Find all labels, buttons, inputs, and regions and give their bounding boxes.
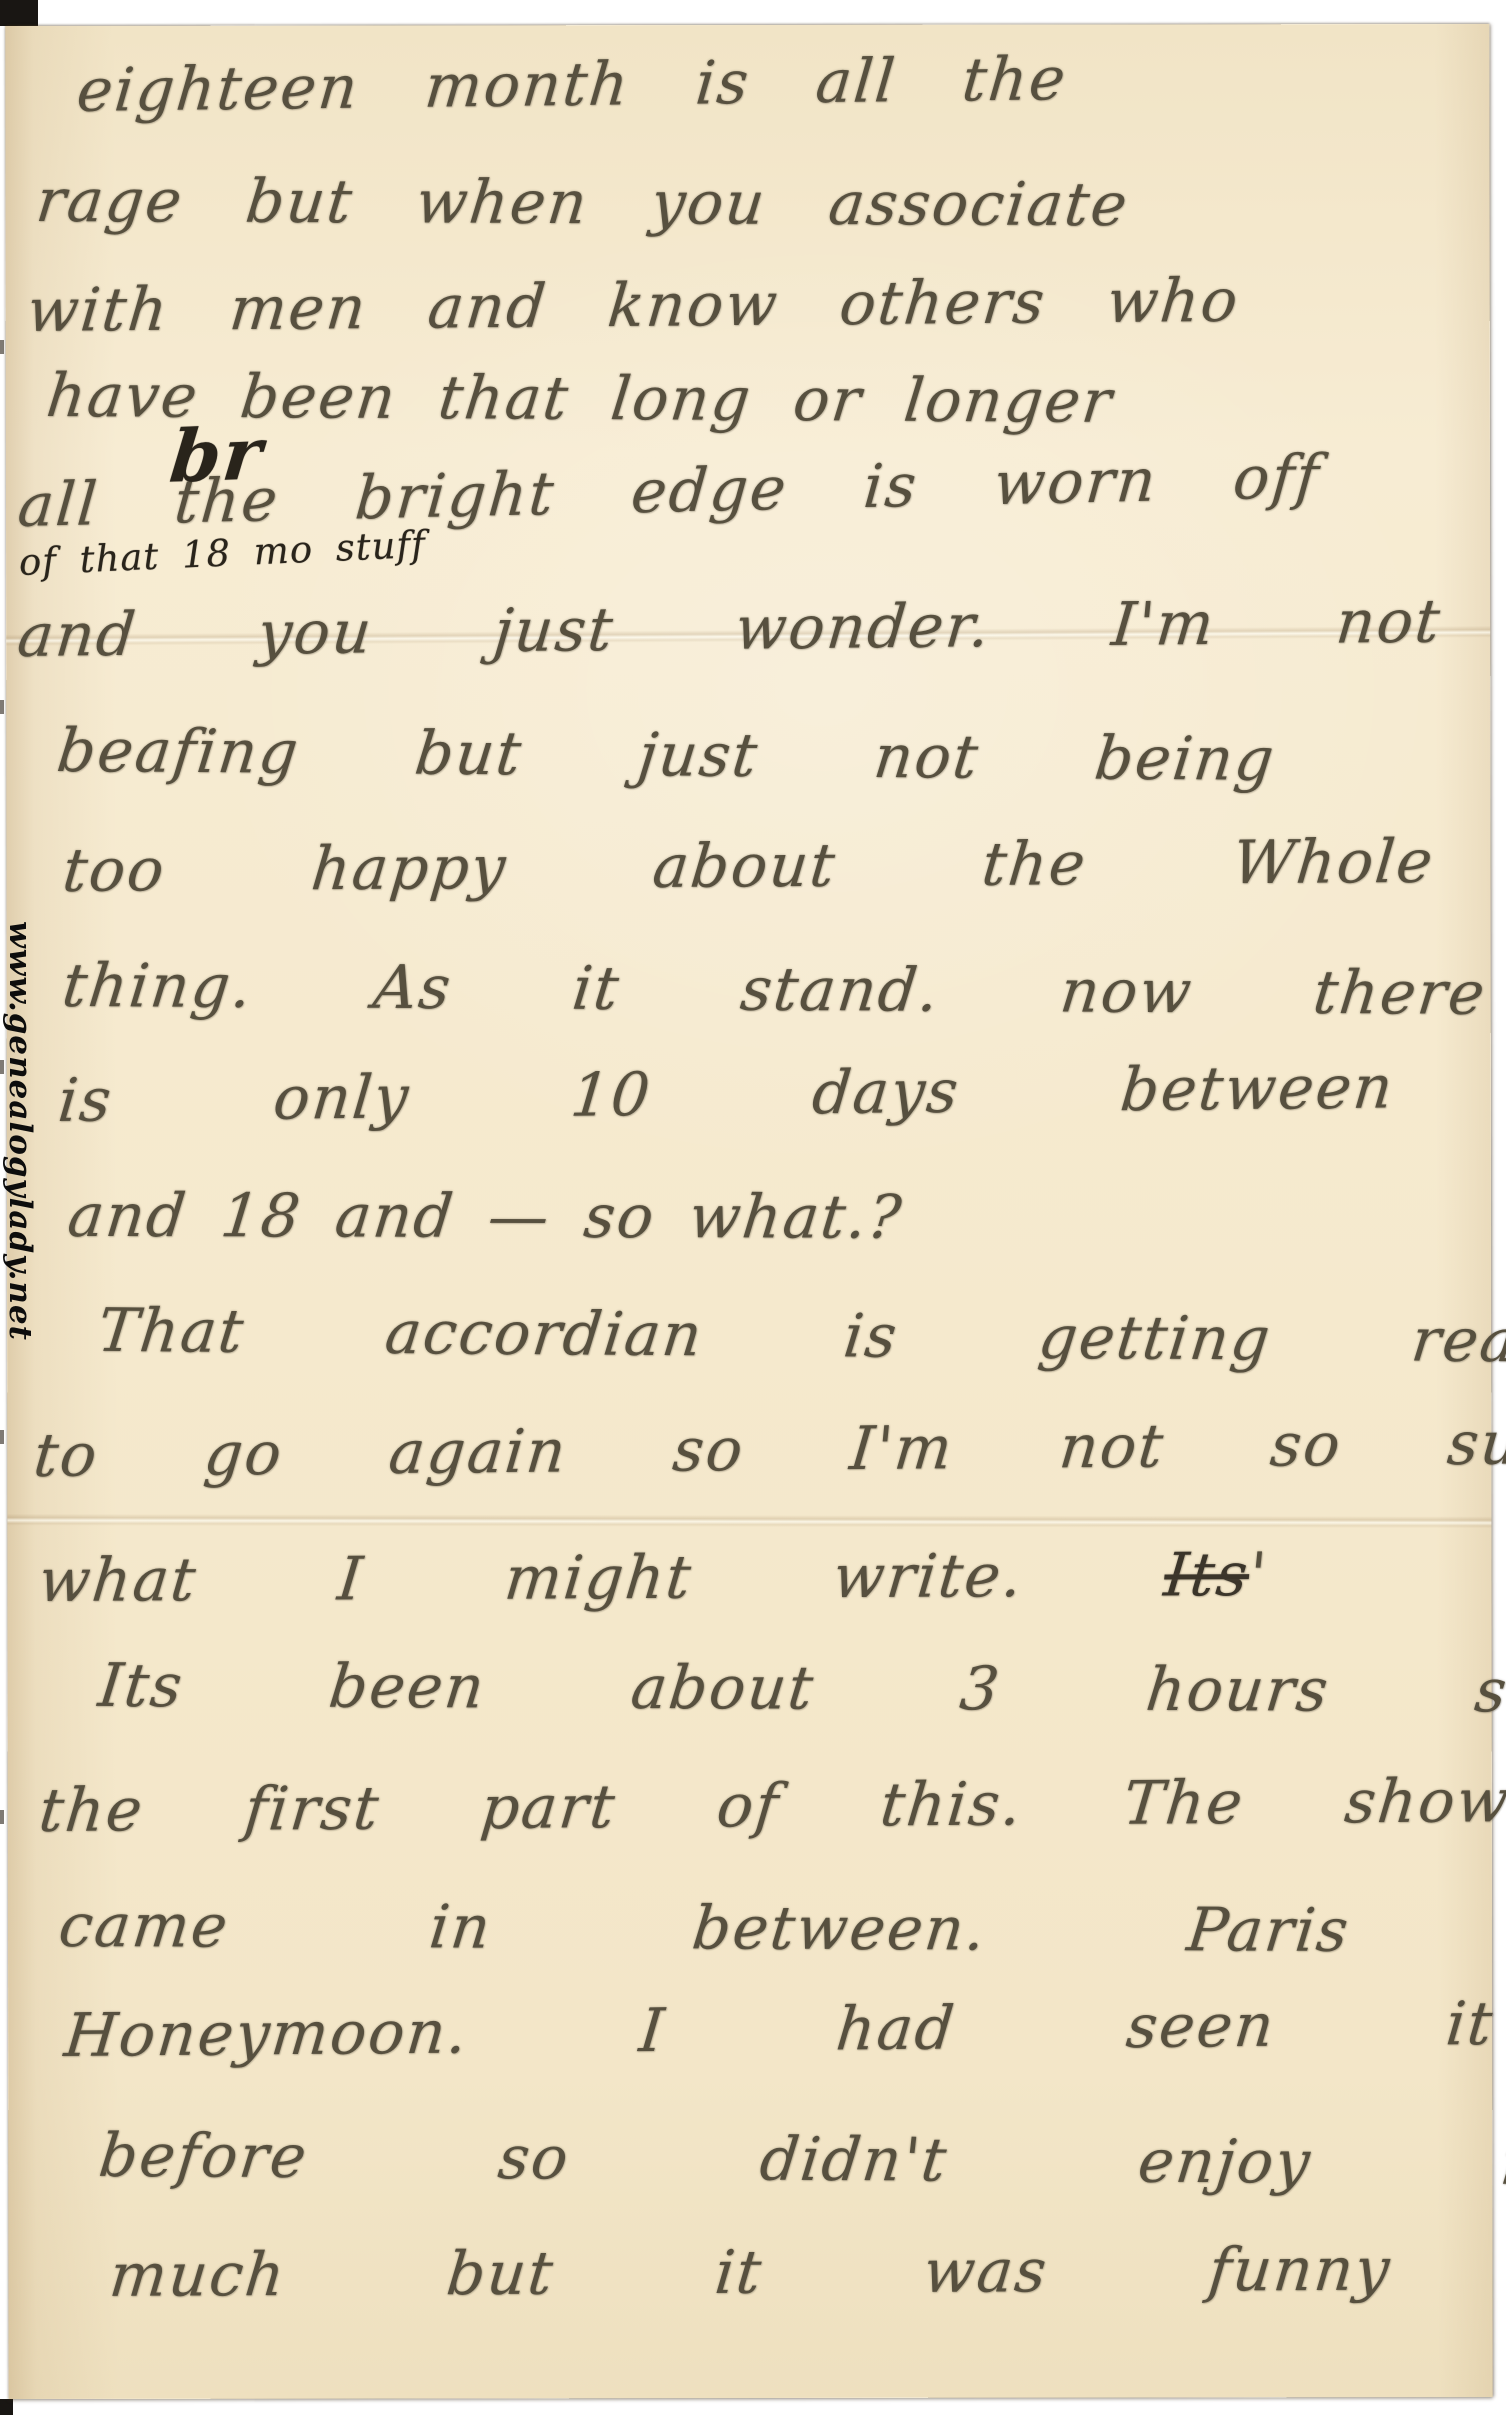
scan-corner-artifact — [0, 2399, 13, 2415]
handwritten-line-3: with men and know others who — [24, 267, 1243, 346]
handwritten-line-15: Its been about 3 hours since — [95, 1652, 1506, 1727]
handwritten-line-9: thing. As it stand. now there — [59, 952, 1490, 1029]
scan-corner-artifact — [0, 0, 38, 26]
fold-crease — [7, 1514, 1491, 1529]
handwritten-line-20: much but it was funny so — [107, 2234, 1506, 2310]
handwritten-line-12: That accordian is getting ready — [94, 1297, 1506, 1377]
handwritten-line-8: too happy about the Whole — [60, 828, 1438, 906]
scanned-letter-screen: eighteen month is all the rage but when … — [0, 0, 1506, 2415]
scan-edge-artifact — [0, 340, 4, 354]
strikethrough-word: Its — [1161, 1540, 1253, 1610]
handwritten-line-1: eighteen month is all the — [74, 45, 1070, 126]
handwritten-line-13: to go again so I'm not so sure — [31, 1409, 1506, 1491]
handwritten-line-6: and you just wonder. I'm not — [15, 588, 1445, 671]
handwritten-line-17: came in between. Paris — [55, 1892, 1353, 1966]
handwritten-line-10: is only 10 days between now — [55, 1050, 1506, 1135]
scan-edge-artifact — [0, 700, 4, 714]
overwrite-correction-br: br — [166, 412, 267, 498]
handwritten-line-2: rage but when you associate — [33, 167, 1132, 240]
handwritten-line-7: beafing but just not being — [54, 717, 1279, 795]
handwritten-line-19: before so didn't enjoy it — [96, 2122, 1506, 2199]
handwritten-line-14: what I might write. Its' — [36, 1541, 1272, 1616]
watermark: www.genealogylady.net — [2, 921, 38, 1341]
letter-page: eighteen month is all the rage but when … — [5, 24, 1492, 2399]
scan-edge-artifact — [0, 1810, 4, 1824]
line-14-text: what I might write. — [36, 1540, 1168, 1616]
scan-edge-artifact — [0, 1430, 4, 1444]
handwritten-line-16: the first part of this. The show — [36, 1767, 1506, 1846]
handwritten-line-18: Honeymoon. I had seen it — [61, 1990, 1497, 2071]
handwritten-line-11: and 18 and — so what.? — [65, 1182, 906, 1253]
